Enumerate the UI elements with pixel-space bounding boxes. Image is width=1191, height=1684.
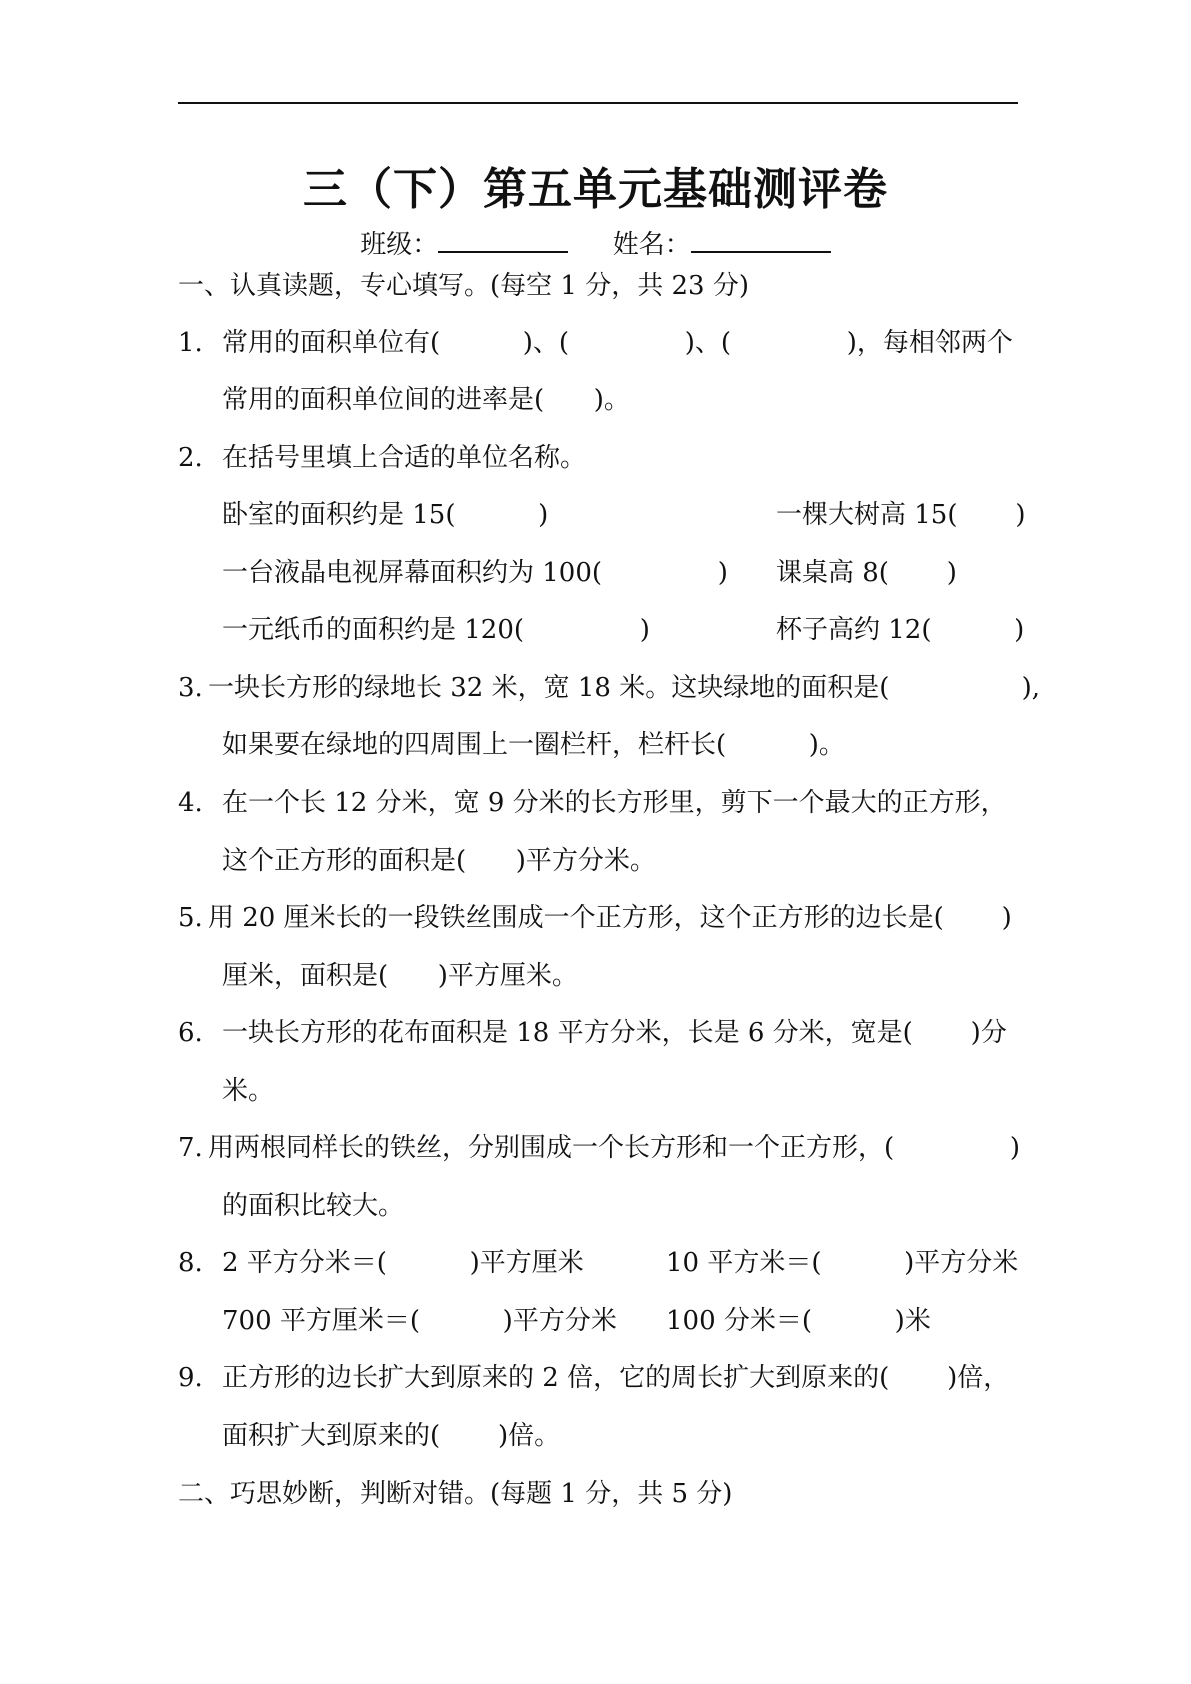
question-number: 3. [178,670,208,706]
question-text: 一块长方形的花布面积是 18 平方分米，长是 6 分米，宽是( )分 [222,1018,1007,1048]
q2-item-right-2: 课桌高 8( ) [776,555,957,591]
question-5: 5.用 20 厘米长的一段铁丝围成一个正方形，这个正方形的边长是( ) [178,900,1012,936]
q2-item-right-3: 杯子高约 12( ) [776,612,1024,648]
class-field[interactable] [438,229,568,253]
question-6: 6.一块长方形的花布面积是 18 平方分米，长是 6 分米，宽是( )分 [178,1015,1007,1051]
question-text: 常用的面积单位有( )、( )、( )，每相邻两个 [222,328,1013,358]
top-rule [178,102,1018,104]
q2-item-left-3: 一元纸币的面积约是 120( ) [222,612,650,648]
name-label: 姓名： [613,230,691,260]
class-label: 班级： [360,230,438,260]
question-4-line-2: 这个正方形的面积是( )平方分米。 [222,843,656,879]
q8-item-left-1: 2 平方分米＝( )平方厘米 [222,1248,584,1278]
question-1: 1.常用的面积单位有( )、( )、( )，每相邻两个 [178,325,1013,361]
question-9-line-2: 面积扩大到原来的( )倍。 [222,1418,560,1454]
question-7-line-2: 的面积比较大。 [222,1188,404,1224]
q8-item-right-2: 100 分米＝( )米 [666,1303,931,1339]
question-number: 8. [178,1245,222,1281]
q8-item-right-1: 10 平方米＝( )平方分米 [666,1245,1018,1281]
q2-item-left-2: 一台液晶电视屏幕面积约为 100( ) [222,555,728,591]
question-1-line-2: 常用的面积单位间的进率是( )。 [222,382,630,418]
question-9: 9.正方形的边长扩大到原来的 2 倍，它的周长扩大到原来的( )倍， [178,1360,1009,1396]
section-heading-1: 一、认真读题，专心填写。(每空 1 分，共 23 分) [178,268,749,304]
question-7: 7.用两根同样长的铁丝，分别围成一个长方形和一个正方形，( ) [178,1130,1020,1166]
question-text: 一块长方形的绿地长 32 米，宽 18 米。这块绿地的面积是( ), [208,673,1040,703]
question-text: 用 20 厘米长的一段铁丝围成一个正方形，这个正方形的边长是( ) [208,903,1012,933]
question-number: 6. [178,1015,222,1051]
question-5-line-2: 厘米，面积是( )平方厘米。 [222,958,578,994]
question-text: 用两根同样长的铁丝，分别围成一个长方形和一个正方形，( ) [208,1133,1020,1163]
question-number: 4. [178,785,222,821]
section-heading-2: 二、巧思妙断，判断对错。(每题 1 分，共 5 分) [178,1476,732,1512]
page-title: 三（下）第五单元基础测评卷 [0,160,1191,220]
question-8: 8.2 平方分米＝( )平方厘米 [178,1245,584,1281]
question-4: 4.在一个长 12 分米，宽 9 分米的长方形里，剪下一个最大的正方形， [178,785,1007,821]
question-3-line-2: 如果要在绿地的四周围上一圈栏杆，栏杆长( )。 [222,727,845,763]
question-text: 在一个长 12 分米，宽 9 分米的长方形里，剪下一个最大的正方形， [222,788,1007,818]
question-6-line-2: 米。 [222,1073,274,1109]
question-text: 在括号里填上合适的单位名称。 [222,443,586,473]
question-number: 1. [178,325,222,361]
student-info: 班级： 姓名： [0,227,1191,263]
question-3: 3.一块长方形的绿地长 32 米，宽 18 米。这块绿地的面积是( ), [178,670,1040,706]
q2-item-right-1: 一棵大树高 15( ) [776,497,1026,533]
q8-item-left-2: 700 平方厘米＝( )平方分米 [222,1303,617,1339]
question-number: 9. [178,1360,222,1396]
question-number: 5. [178,900,208,936]
q2-item-left-1: 卧室的面积约是 15( ) [222,497,548,533]
question-number: 7. [178,1130,208,1166]
question-number: 2. [178,440,222,476]
name-field[interactable] [691,229,831,253]
question-2: 2.在括号里填上合适的单位名称。 [178,440,586,476]
question-text: 正方形的边长扩大到原来的 2 倍，它的周长扩大到原来的( )倍， [222,1363,1009,1393]
